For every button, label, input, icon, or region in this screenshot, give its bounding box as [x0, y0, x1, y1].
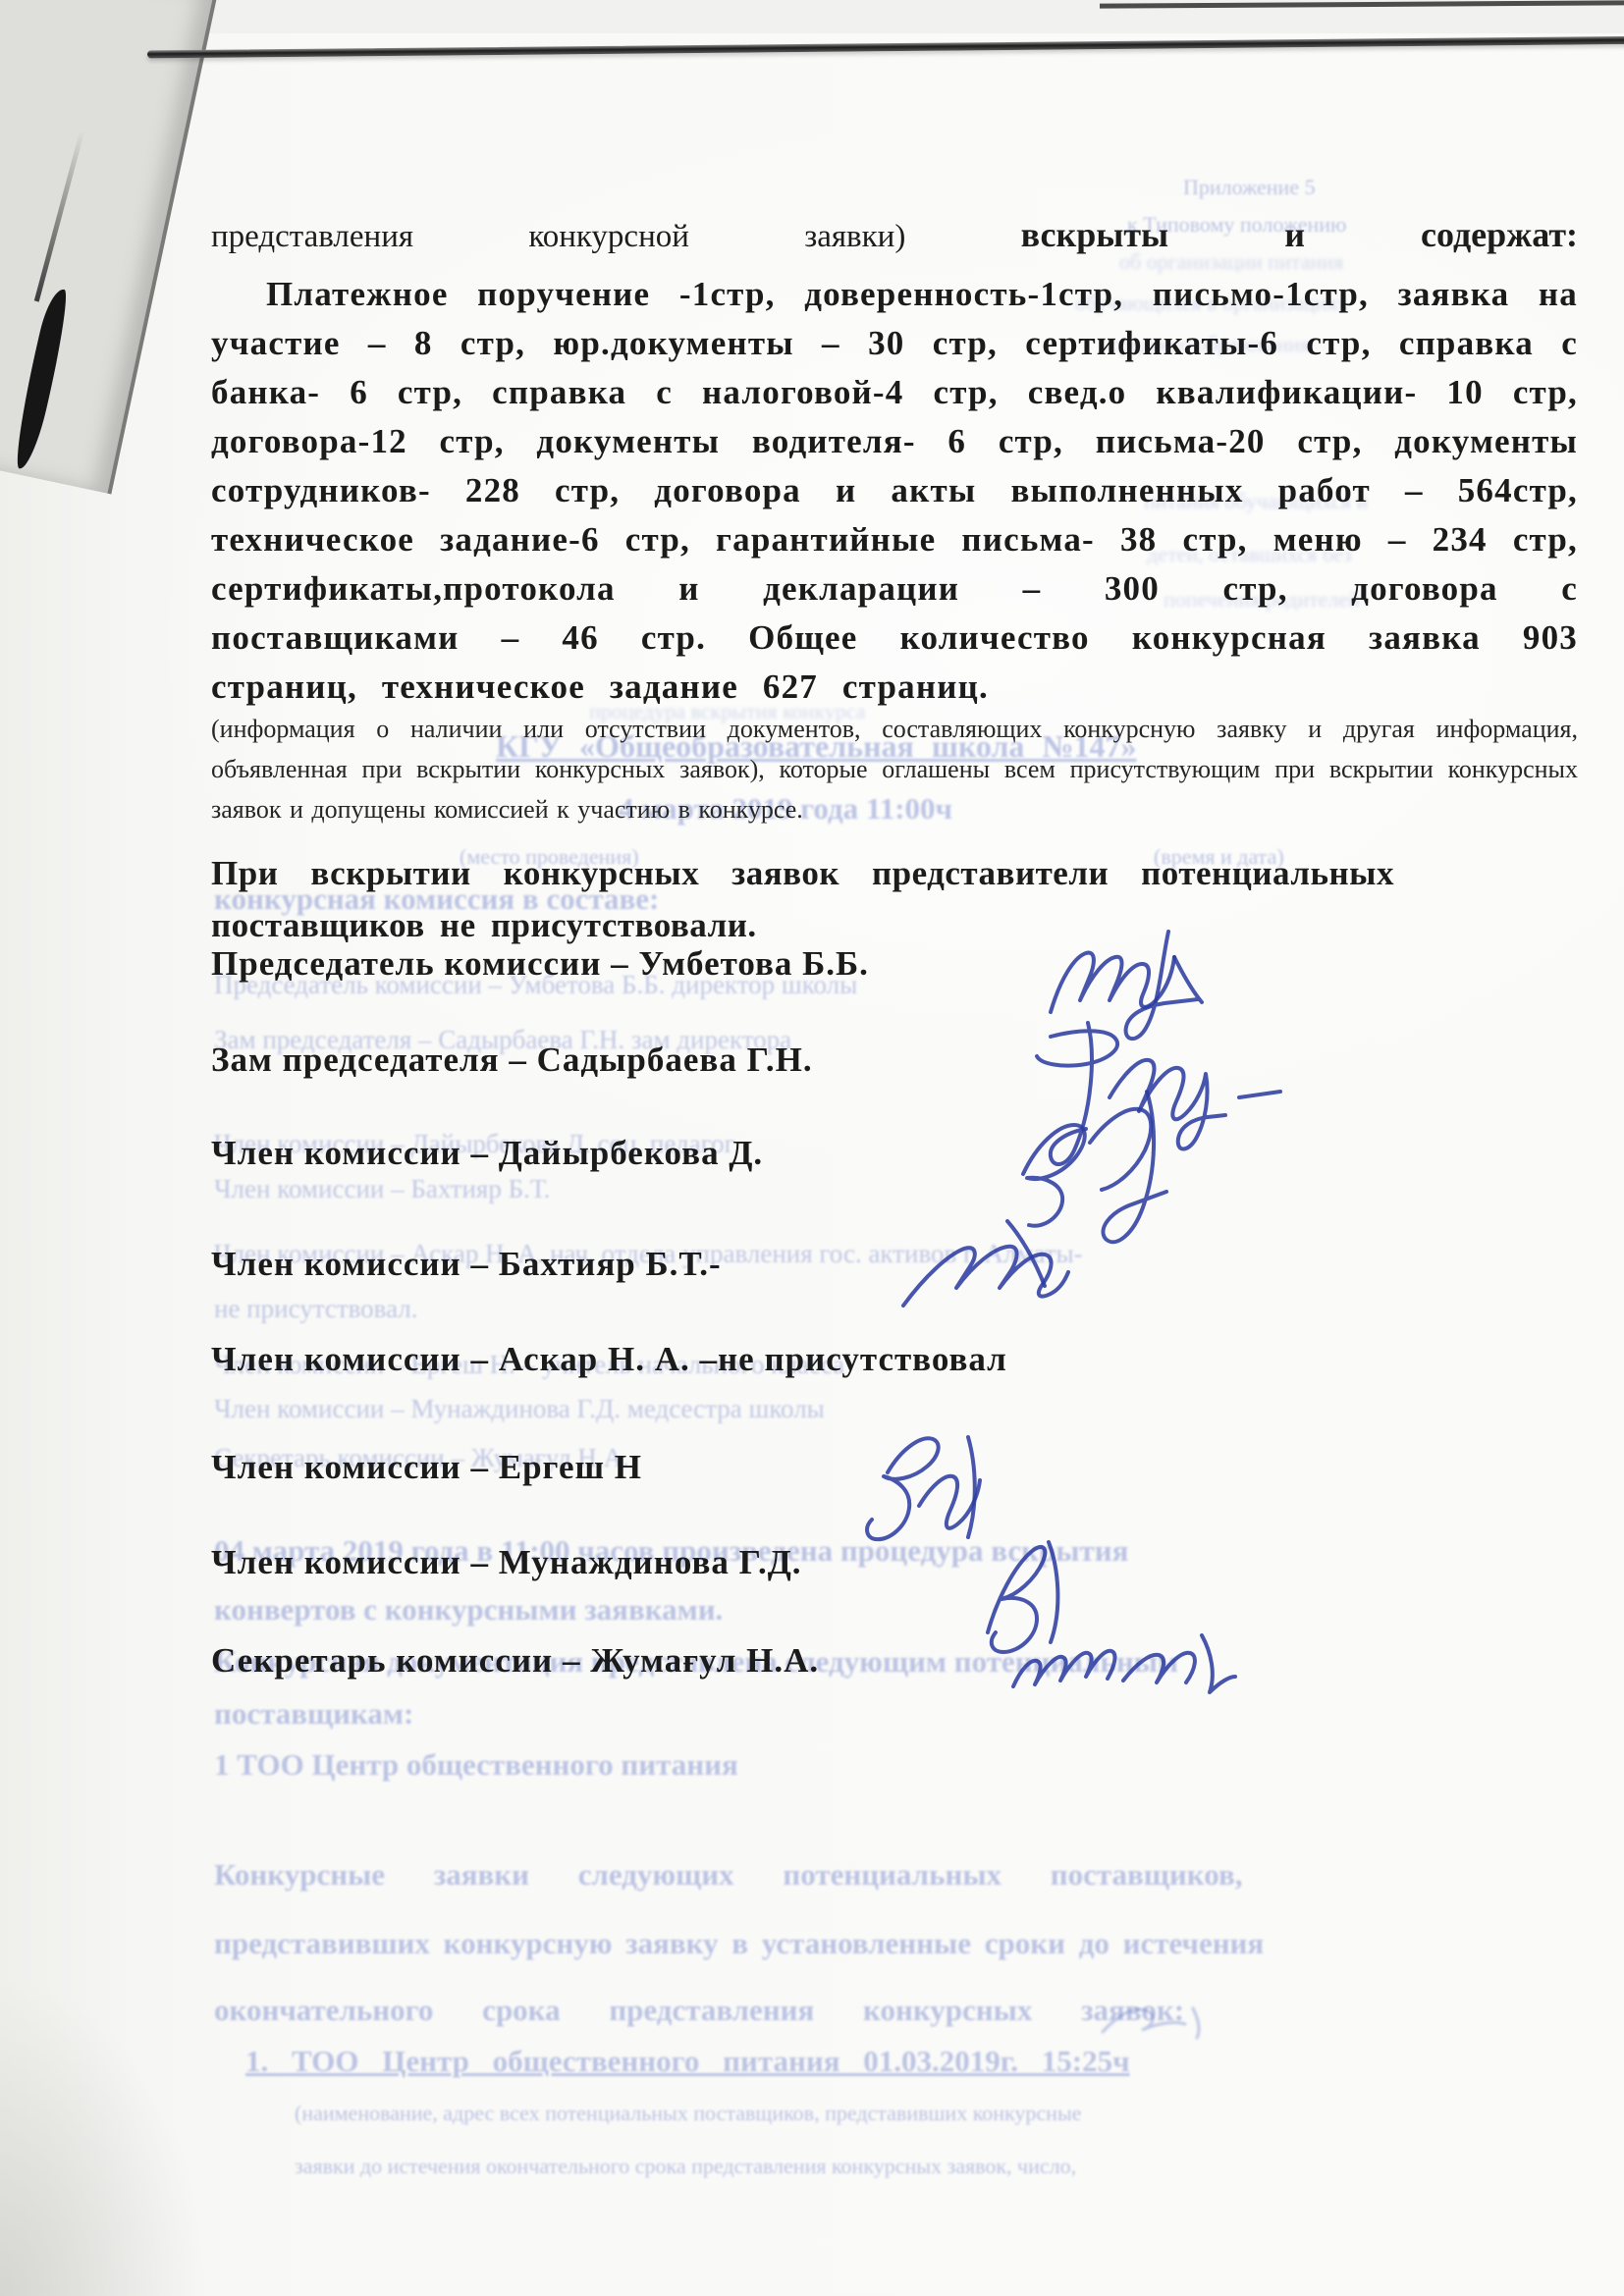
committee-row-dayirbekova: Член комиссии – Дайырбекова Д.: [211, 1134, 763, 1173]
intro-regular-text: представления конкурсной заявки): [211, 219, 905, 254]
committee-row-secretary: Секретарь комиссии – Жумағул Н.А.: [211, 1641, 819, 1681]
committee-row-yergesh: Член комиссии – Ергеш Н: [211, 1448, 642, 1487]
ghost-signature-squiggle: [1095, 1995, 1213, 2044]
ghost-text-line: Член комиссии – Мунаждинова Г.Д. медсест…: [214, 1394, 825, 1424]
signature-zhumagul: [1001, 1622, 1237, 1715]
ghost-text-line: Член комиссии – Бахтияр Б.Т.: [214, 1174, 550, 1204]
committee-row-munazhdinova: Член комиссии – Мунаждинова Г.Д.: [211, 1543, 802, 1582]
ghost-text-line: конвертов с конкурсными заявками.: [214, 1592, 723, 1628]
ghost-text-line: заявки до истечения окончательного срока…: [295, 2154, 1076, 2179]
ghost-text-line: Конкурсные заявки следующих потенциальны…: [214, 1857, 1242, 1893]
note-paragraph: (информация о наличии или отсутствии док…: [211, 709, 1578, 829]
committee-row-deputy: Зам председателя – Садырбаева Г.Н.: [211, 1041, 813, 1080]
signature-bakhtiyar: [893, 1209, 1070, 1327]
committee-row-askar: Член комиссии – Аскар Н. А. –не присутст…: [211, 1340, 1007, 1379]
ghost-text-line: 1 ТОО Центр общественного питания: [214, 1747, 738, 1783]
intro-line: представления конкурсной заявки) вскрыты…: [211, 209, 1578, 262]
intro-bold-text: вскрыты и содержат:: [1021, 215, 1578, 254]
committee-row-chairman: Председатель комиссии – Умбетова Б.Б.: [211, 944, 869, 984]
scan-edge-line: [147, 36, 1624, 59]
committee-row-bakhtiyar: Член комиссии – Бахтияр Б.Т.-: [211, 1245, 722, 1284]
ghost-text-line: (наименование, адрес всех потенциальных …: [295, 2101, 1082, 2126]
ghost-text-line: представивших конкурсную заявку в устано…: [214, 1926, 1264, 1961]
absence-paragraph: При вскрытии конкурсных заявок представи…: [211, 847, 1394, 951]
ghost-text-line: не присутствовал.: [214, 1294, 418, 1324]
ghost-text-line: окончательного срока представления конку…: [214, 1993, 1184, 2028]
document-scan-page: Приложение 5 к Типовому положению об орг…: [0, 0, 1624, 2296]
ghost-text-line: поставщикам:: [214, 1696, 413, 1732]
ghost-supplier-line: 1. ТОО Центр общественного питания 01.03…: [245, 2044, 1130, 2079]
body-paragraph: Платежное поручение -1стр, доверенность-…: [211, 270, 1578, 712]
ghost-text-line: Приложение 5: [1183, 175, 1316, 200]
